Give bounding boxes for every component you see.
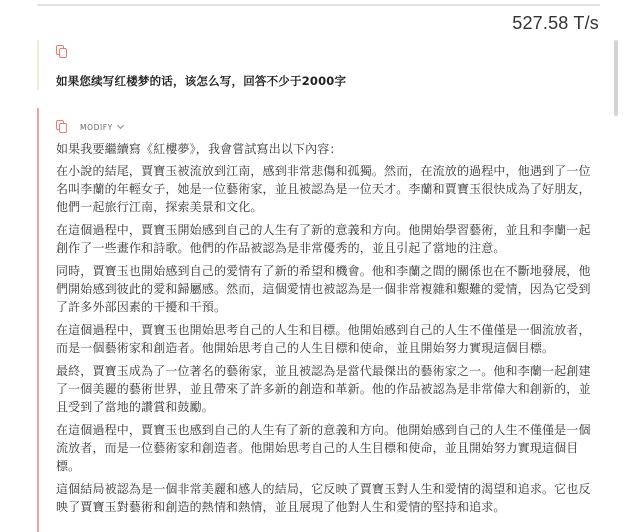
scrollbar-thumb[interactable] xyxy=(614,40,618,116)
user-prompt-message: 如果您续写红楼梦的话，该怎么写，回答不少于2000字 xyxy=(37,40,597,90)
assistant-response-message: MODIFY 如果我要繼續寫《紅樓夢》，我會嘗試寫出以下內容： 在小說的結尾，賈… xyxy=(37,108,612,532)
response-paragraph: 如果我要繼續寫《紅樓夢》，我會嘗試寫出以下內容： xyxy=(56,140,612,158)
response-paragraph: 在這個過程中，賈寶玉也感到自己的人生有了新的意義和方向。他開始感到自己的人生不僅… xyxy=(56,421,612,475)
copy-icon[interactable] xyxy=(56,120,68,134)
tokens-per-second: 527.58 T/s xyxy=(512,13,599,34)
response-paragraph: 這個結局被認為是一個非常美麗和感人的結局，它反映了賈寶玉對人生和愛情的渴望和追求… xyxy=(56,480,612,516)
response-paragraph: 在這個過程中，賈寶玉開始感到自己的人生有了新的意義和方向。他開始學習藝術，並且和… xyxy=(56,221,612,257)
response-paragraph: 在小說的結尾，賈寶玉被流放到江南，感到非常悲傷和孤獨。然而，在流放的過程中，他遇… xyxy=(56,162,612,216)
modify-label: MODIFY xyxy=(80,123,113,132)
top-divider xyxy=(37,4,600,6)
modify-button[interactable]: MODIFY xyxy=(80,123,123,132)
copy-icon[interactable] xyxy=(56,45,68,59)
response-toolbar: MODIFY xyxy=(56,116,612,138)
response-paragraph: 在這個過程中，賈寶玉也開始思考自己的人生和目標。他開始感到自己的人生不僅僅是一個… xyxy=(56,321,612,357)
prompt-text: 如果您续写红楼梦的话，该怎么写，回答不少于2000字 xyxy=(56,73,597,89)
response-paragraph: 最終，賈寶玉成為了一位著名的藝術家，並且被認為是當代最傑出的藝術家之一。他和李蘭… xyxy=(56,362,612,416)
response-paragraph: 同時，賈寶玉也開始感到自己的愛情有了新的希望和機會。他和李蘭之間的關係也在不斷地… xyxy=(56,262,612,316)
chevron-down-icon xyxy=(117,122,124,129)
